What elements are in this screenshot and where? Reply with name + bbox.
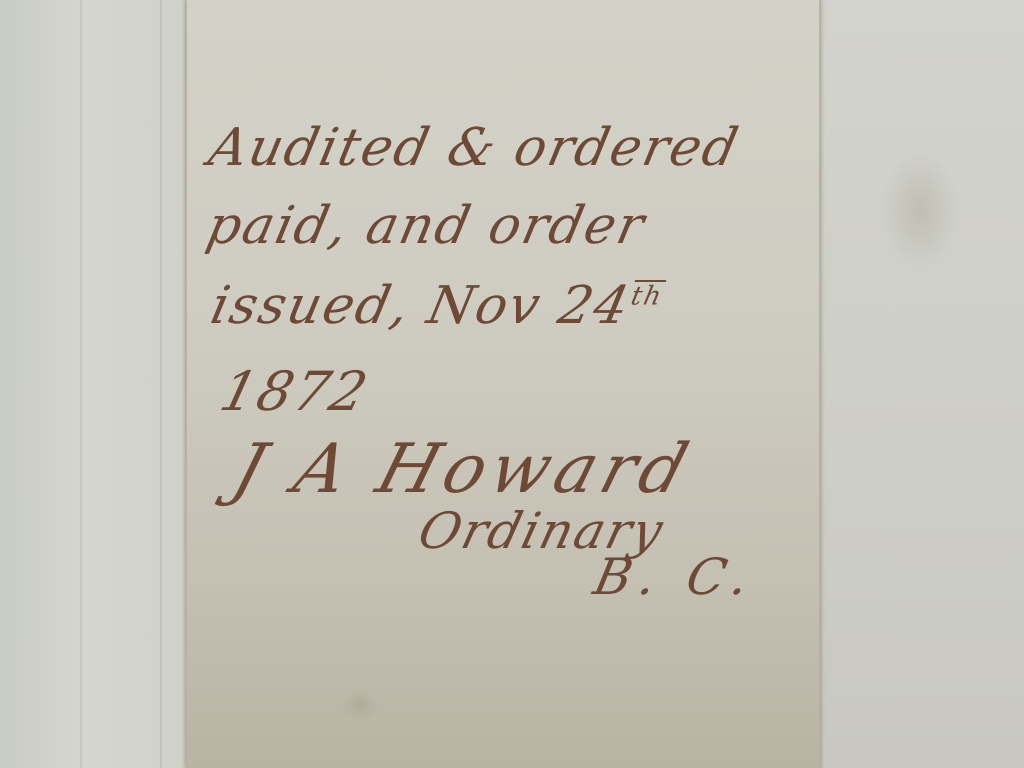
background-right-panel (818, 0, 1024, 768)
paper-stain (340, 690, 380, 720)
background-fold-line (160, 0, 162, 768)
handwritten-year: 1872 (214, 360, 375, 423)
signature-place: B. C. (589, 548, 762, 606)
date-ordinal-suffix: th (628, 282, 666, 312)
handwritten-line-3: issued, Nov 24th (206, 276, 667, 336)
signature-name: J A Howard (225, 430, 702, 509)
handwritten-line-2: paid, and order (202, 196, 651, 256)
handwritten-date: issued, Nov 24 (206, 276, 636, 336)
handwritten-line-1: Audited & ordered (204, 118, 745, 178)
background-fold-line (80, 0, 82, 768)
paper-stain (880, 150, 960, 270)
